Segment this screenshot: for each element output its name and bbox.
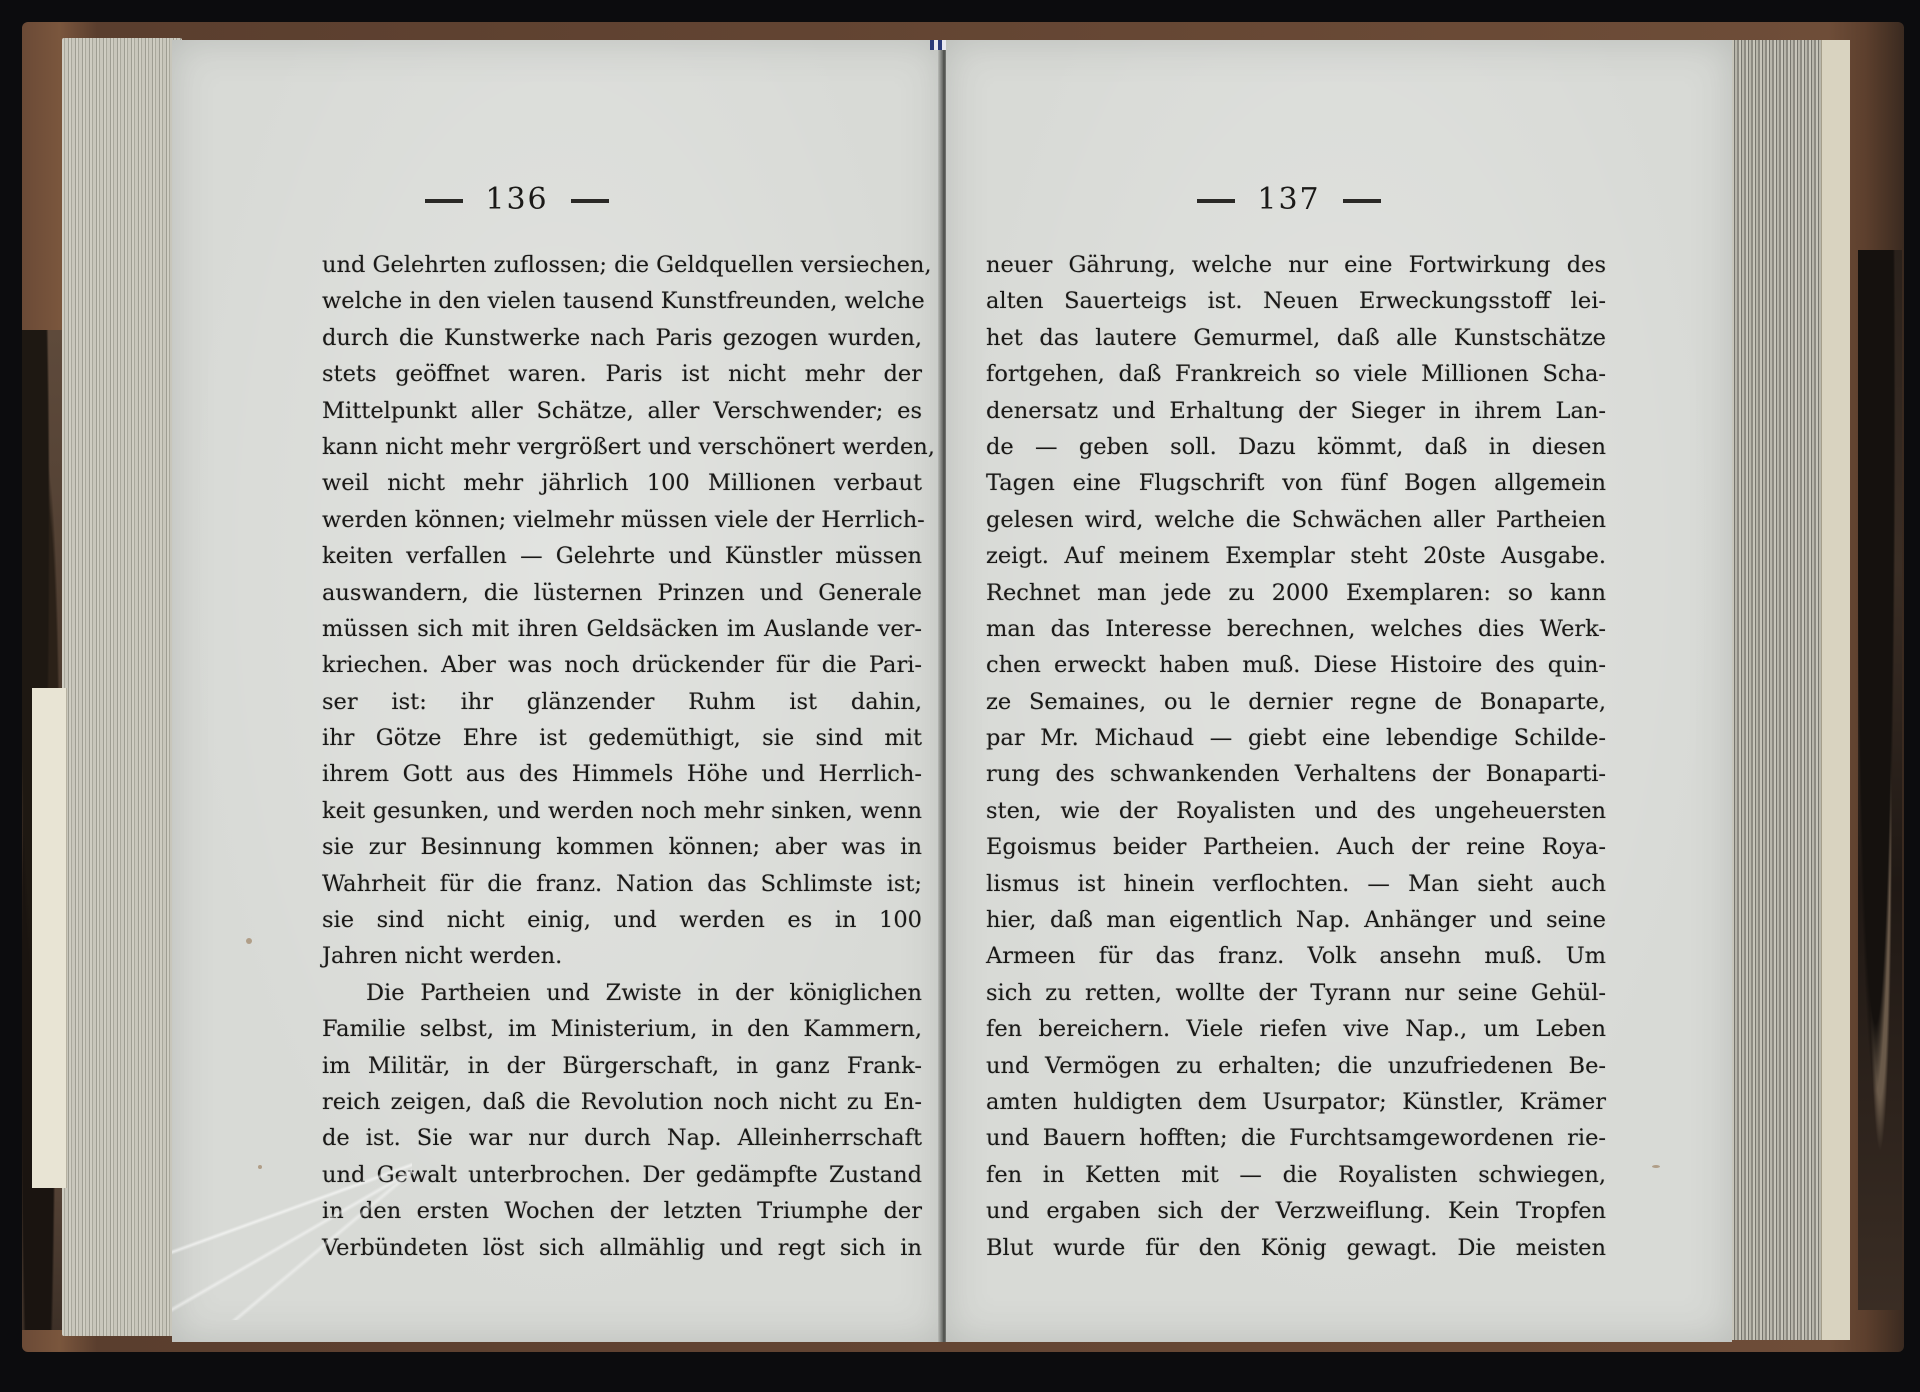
text-line: fen in Ketten mit — die Royalisten schwi… (986, 1157, 1606, 1193)
paper-stain (246, 938, 252, 944)
text-line: und Gewalt unterbrochen. Der gedämpfte Z… (322, 1157, 922, 1193)
text-line: sie sind nicht einig, und werden es in 1… (322, 902, 922, 938)
text-line: chen erweckt haben muß. Diese Histoire d… (986, 647, 1606, 683)
text-line: alten Sauerteigs ist. Neuen Erweckungsst… (986, 283, 1606, 319)
right-page: 137 neuer Gährung, welche nur eine Fortw… (946, 40, 1732, 1342)
text-line: sten, wie der Royalisten und des ungeheu… (986, 793, 1606, 829)
text-line: Armeen für das franz. Volk ansehn muß. U… (986, 938, 1606, 974)
text-line: Rechnet man jede zu 2000 Exemplaren: so … (986, 575, 1606, 611)
text-line: und Bauern hofften; die Furchtsamgeworde… (986, 1120, 1606, 1156)
page-header-left: 136 (132, 182, 902, 217)
paper-stain (1652, 1165, 1660, 1168)
header-rule (1343, 199, 1381, 203)
text-line: müssen sich mit ihren Geldsäcken im Ausl… (322, 611, 922, 647)
text-line: man das Interesse berechnen, welches die… (986, 611, 1606, 647)
marbled-board-right (1858, 250, 1902, 1310)
text-line: hier, daß man eigentlich Nap. Anhänger u… (986, 902, 1606, 938)
header-rule (571, 199, 609, 203)
text-line: durch die Kunstwerke nach Paris gezogen … (322, 320, 922, 356)
text-line: ze Semaines, ou le dernier regne de Bona… (986, 684, 1606, 720)
text-line: Egoismus beider Partheien. Auch der rein… (986, 829, 1606, 865)
text-line: Mittelpunkt aller Schätze, aller Verschw… (322, 393, 922, 429)
text-line: Wahrheit für die franz. Nation das Schli… (322, 866, 922, 902)
text-line: keiten verfallen — Gelehrte und Künstler… (322, 538, 922, 574)
text-line: amten huldigten dem Usurpator; Künstler,… (986, 1084, 1606, 1120)
page-number: 136 (485, 182, 548, 217)
text-line: fortgehen, daß Frankreich so viele Milli… (986, 356, 1606, 392)
text-line: gelesen wird, welche die Schwächen aller… (986, 502, 1606, 538)
page-stub (32, 688, 67, 1188)
page-edges-right (1730, 40, 1850, 1340)
page-edges-left (62, 38, 182, 1336)
text-line: im Militär, in der Bürgerschaft, in ganz… (322, 1048, 922, 1084)
text-line: und Gelehrten zuflossen; die Geldquellen… (322, 247, 922, 283)
text-line: auswandern, die lüsternen Prinzen und Ge… (322, 575, 922, 611)
text-line: lismus ist hinein verflochten. — Man sie… (986, 866, 1606, 902)
text-line: fen bereichern. Viele riefen vive Nap., … (986, 1011, 1606, 1047)
text-line: Jahren nicht werden. (322, 938, 922, 974)
text-line: sich zu retten, wollte der Tyrann nur se… (986, 975, 1606, 1011)
text-line: und Vermögen zu erhalten; die unzufriede… (986, 1048, 1606, 1084)
text-line: weil nicht mehr jährlich 100 Millionen v… (322, 465, 922, 501)
text-line: Familie selbst, im Ministerium, in den K… (322, 1011, 922, 1047)
flyleaf (1821, 40, 1850, 1340)
text-line: rung des schwankenden Verhaltens der Bon… (986, 756, 1606, 792)
paper-crease (172, 1120, 412, 1320)
header-rule (1197, 199, 1235, 203)
text-line: kriechen. Aber was noch drückender für d… (322, 647, 922, 683)
text-line: kann nicht mehr vergrößert und verschöne… (322, 429, 922, 465)
paragraph-start: Die Partheien und Zwiste in der königlic… (322, 975, 922, 1011)
header-rule (425, 199, 463, 203)
text-line: Blut wurde für den König gewagt. Die mei… (986, 1230, 1606, 1266)
text-line: keit gesunken, und werden noch mehr sink… (322, 793, 922, 829)
body-text-right: neuer Gährung, welche nur eine Fortwirku… (986, 247, 1606, 1266)
text-line: zeigt. Auf meinem Exemplar steht 20ste A… (986, 538, 1606, 574)
text-line: de — geben soll. Dazu kömmt, daß in dies… (986, 429, 1606, 465)
text-line: stets geöffnet waren. Paris ist nicht me… (322, 356, 922, 392)
text-line: het das lautere Gemurmel, daß alle Kunst… (986, 320, 1606, 356)
text-line: werden können; vielmehr müssen viele der… (322, 502, 922, 538)
text-line: de ist. Sie war nur durch Nap. Alleinher… (322, 1120, 922, 1156)
text-line: par Mr. Michaud — giebt eine lebendige S… (986, 720, 1606, 756)
left-page: 136 und Gelehrten zuflossen; die Geldque… (172, 40, 942, 1342)
text-line: denersatz und Erhaltung der Sieger in ih… (986, 393, 1606, 429)
text-line: ihrem Gott aus des Himmels Höhe und Herr… (322, 756, 922, 792)
page-header-right: 137 (896, 182, 1682, 217)
text-line: ihr Götze Ehre ist gedemüthigt, sie sind… (322, 720, 922, 756)
page-number: 137 (1257, 182, 1320, 217)
text-line: ser ist: ihr glänzender Ruhm ist dahin, (322, 684, 922, 720)
text-line: Tagen eine Flugschrift von fünf Bogen al… (986, 465, 1606, 501)
text-line: und ergaben sich der Verzweiflung. Kein … (986, 1193, 1606, 1229)
text-line: sie zur Besinnung kommen können; aber wa… (322, 829, 922, 865)
text-line: in den ersten Wochen der letzten Triumph… (322, 1193, 922, 1229)
paper-stain (258, 1165, 262, 1169)
text-line: reich zeigen, daß die Revolution noch ni… (322, 1084, 922, 1120)
text-line: Verbündeten löst sich allmählig und regt… (322, 1230, 922, 1266)
body-text-left: und Gelehrten zuflossen; die Geldquellen… (322, 247, 922, 1266)
text-line: neuer Gährung, welche nur eine Fortwirku… (986, 247, 1606, 283)
text-line: welche in den vielen tausend Kunstfreund… (322, 283, 922, 319)
